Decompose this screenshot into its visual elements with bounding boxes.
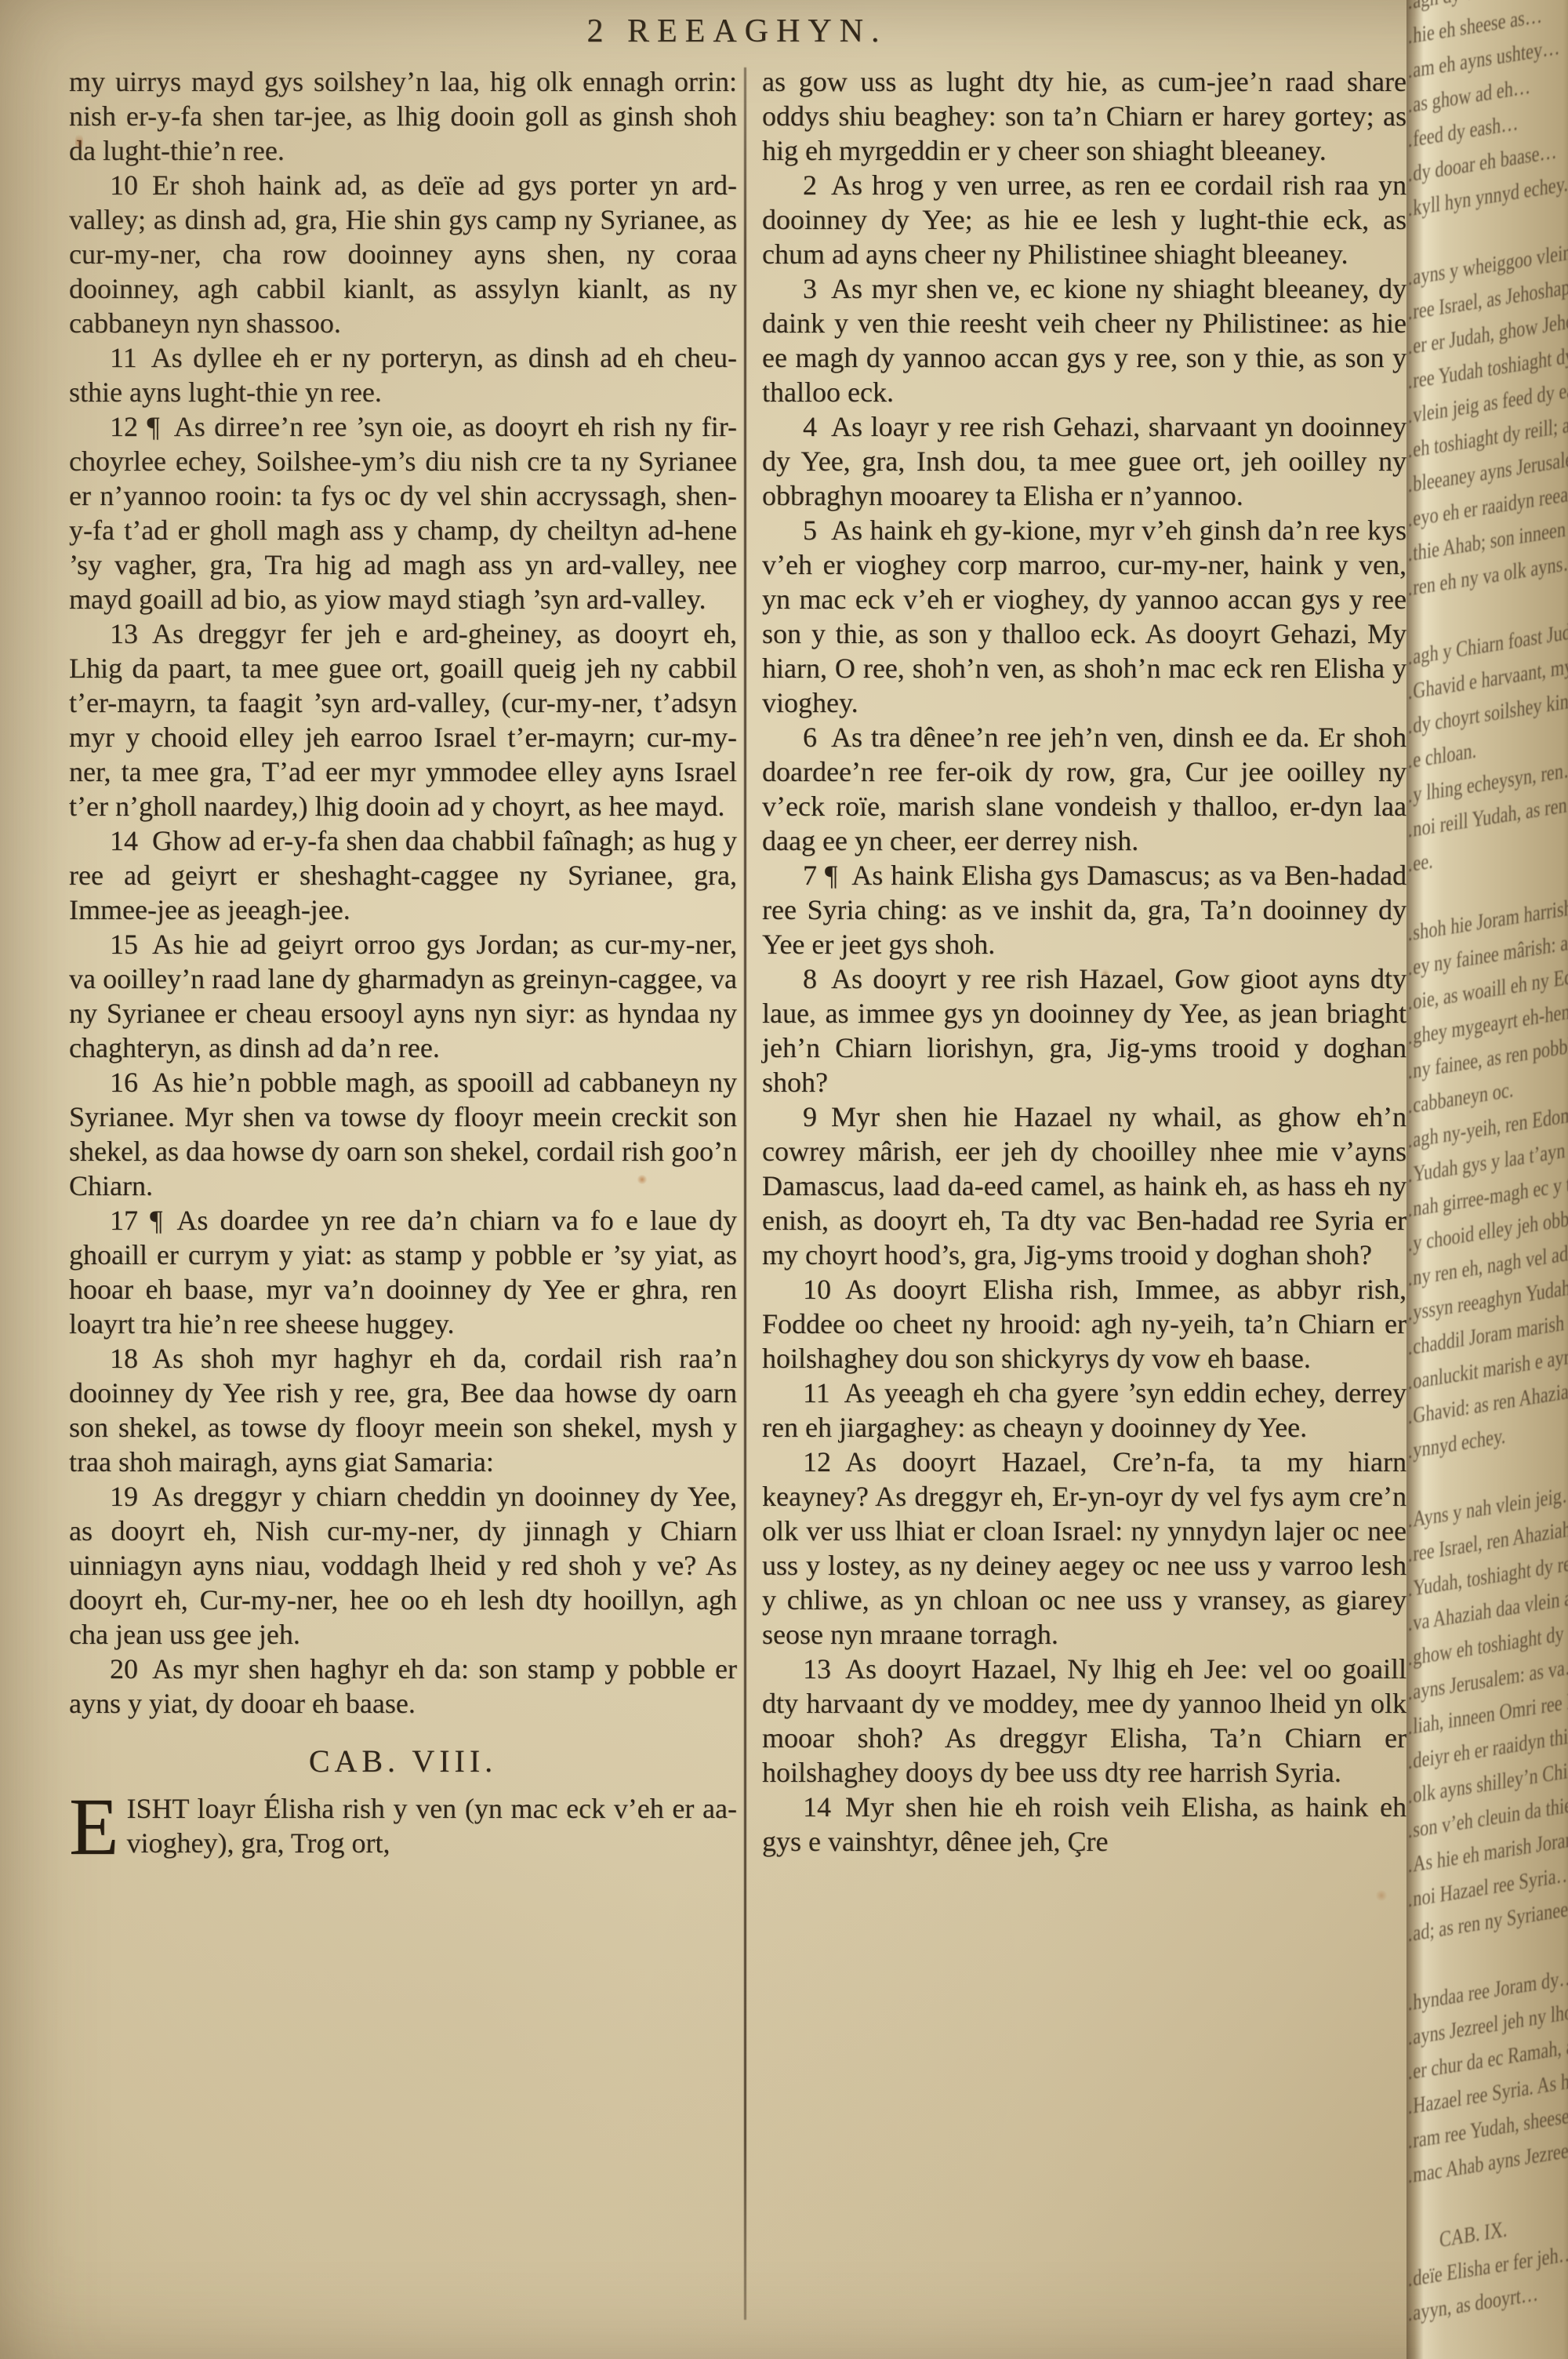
right-text-column: as gow uss as lught dty hie, as cum-jee’… [762, 64, 1406, 2323]
verse-paragraph: 13 As dooyrt Hazael, Ny lhig eh Jee: vel… [762, 1652, 1406, 1790]
left-text-column: my uirrys mayd gys soilshey’n laa, hig o… [69, 64, 737, 2339]
verse-paragraph: 10 Er shoh haink ad, as deïe ad gys port… [69, 168, 737, 340]
dropcap-paragraph: EISHT loayr Élisha rish y ven (yn mac ec… [69, 1791, 737, 1860]
verse-paragraph: 12 As dooyrt Hazael, Cre’n-fa, ta my hia… [762, 1445, 1406, 1652]
verse-paragraph: 10 As dooyrt Elisha rish, Immee, as abby… [762, 1272, 1406, 1376]
verse-paragraph: 12 ¶ As dirree’n ree ’syn oie, as dooyrt… [69, 409, 737, 616]
verse-paragraph: 8 As dooyrt y ree rish Hazael, Gow gioot… [762, 961, 1406, 1100]
running-head: 2 REEAGHYN. [71, 13, 1403, 50]
continuation-paragraph: my uirrys mayd gys soilshey’n laa, hig o… [69, 64, 737, 168]
verse-paragraph: 6 As tra dênee’n ree jeh’n ven, dinsh ee… [762, 720, 1406, 858]
verse-paragraph: 7 ¶ As haink Elisha gys Damascus; as va … [762, 858, 1406, 961]
verse-paragraph: 20 As myr shen haghyr eh da: son stamp y… [69, 1652, 737, 1721]
curled-next-page-edge: …agh dy ve er ny……hie eh sheese as……am e… [1406, 0, 1568, 2359]
verse-paragraph: 11 As yeeagh eh cha gyere ’syn eddin ech… [762, 1376, 1406, 1445]
chapter-heading: CAB. VIII. [69, 1744, 737, 1779]
dropcap-initial: E [69, 1791, 127, 1860]
scanned-book-page: 2 REEAGHYN. my uirrys mayd gys soilshey’… [0, 0, 1568, 2359]
column-divider-rule [744, 67, 746, 2320]
verse-paragraph: 16 As hie’n pobble magh, as spooill ad c… [69, 1065, 737, 1203]
verse-paragraph: 18 As shoh myr haghyr eh da, cordail ris… [69, 1341, 737, 1479]
verse-paragraph: 19 As dreggyr y chiarn cheddin yn dooinn… [69, 1479, 737, 1652]
verse-paragraph: 9 Myr shen hie Hazael ny whail, as ghow … [762, 1100, 1406, 1272]
verse-paragraph: 2 As hrog y ven urree, as ren ee cordail… [762, 168, 1406, 271]
verse-paragraph: 13 As dreggyr fer jeh e ard-gheiney, as … [69, 616, 737, 823]
verse-paragraph: 14 Myr shen hie eh roish veih Elisha, as… [762, 1790, 1406, 1859]
continuation-paragraph: as gow uss as lught dty hie, as cum-jee’… [762, 64, 1406, 168]
verse-paragraph: 17 ¶ As doardee yn ree da’n chiarn va fo… [69, 1203, 737, 1341]
next-page-text: …agh dy ve er ny……hie eh sheese as……am e… [1406, 0, 1568, 2334]
verse-paragraph: 11 As dyllee eh er ny porteryn, as dinsh… [69, 340, 737, 409]
verse-paragraph: 4 As loayr y ree rish Gehazi, sharvaant … [762, 409, 1406, 513]
verse-paragraph: 14 Ghow ad er-y-fa shen daa chabbil faîn… [69, 823, 737, 927]
verse-paragraph: 15 As hie ad geiyrt orroo gys Jordan; as… [69, 927, 737, 1065]
verse-paragraph: 5 As haink eh gy-kione, myr v’eh ginsh d… [762, 513, 1406, 720]
verse-paragraph: 3 As myr shen ve, ec kione ny shiaght bl… [762, 271, 1406, 409]
